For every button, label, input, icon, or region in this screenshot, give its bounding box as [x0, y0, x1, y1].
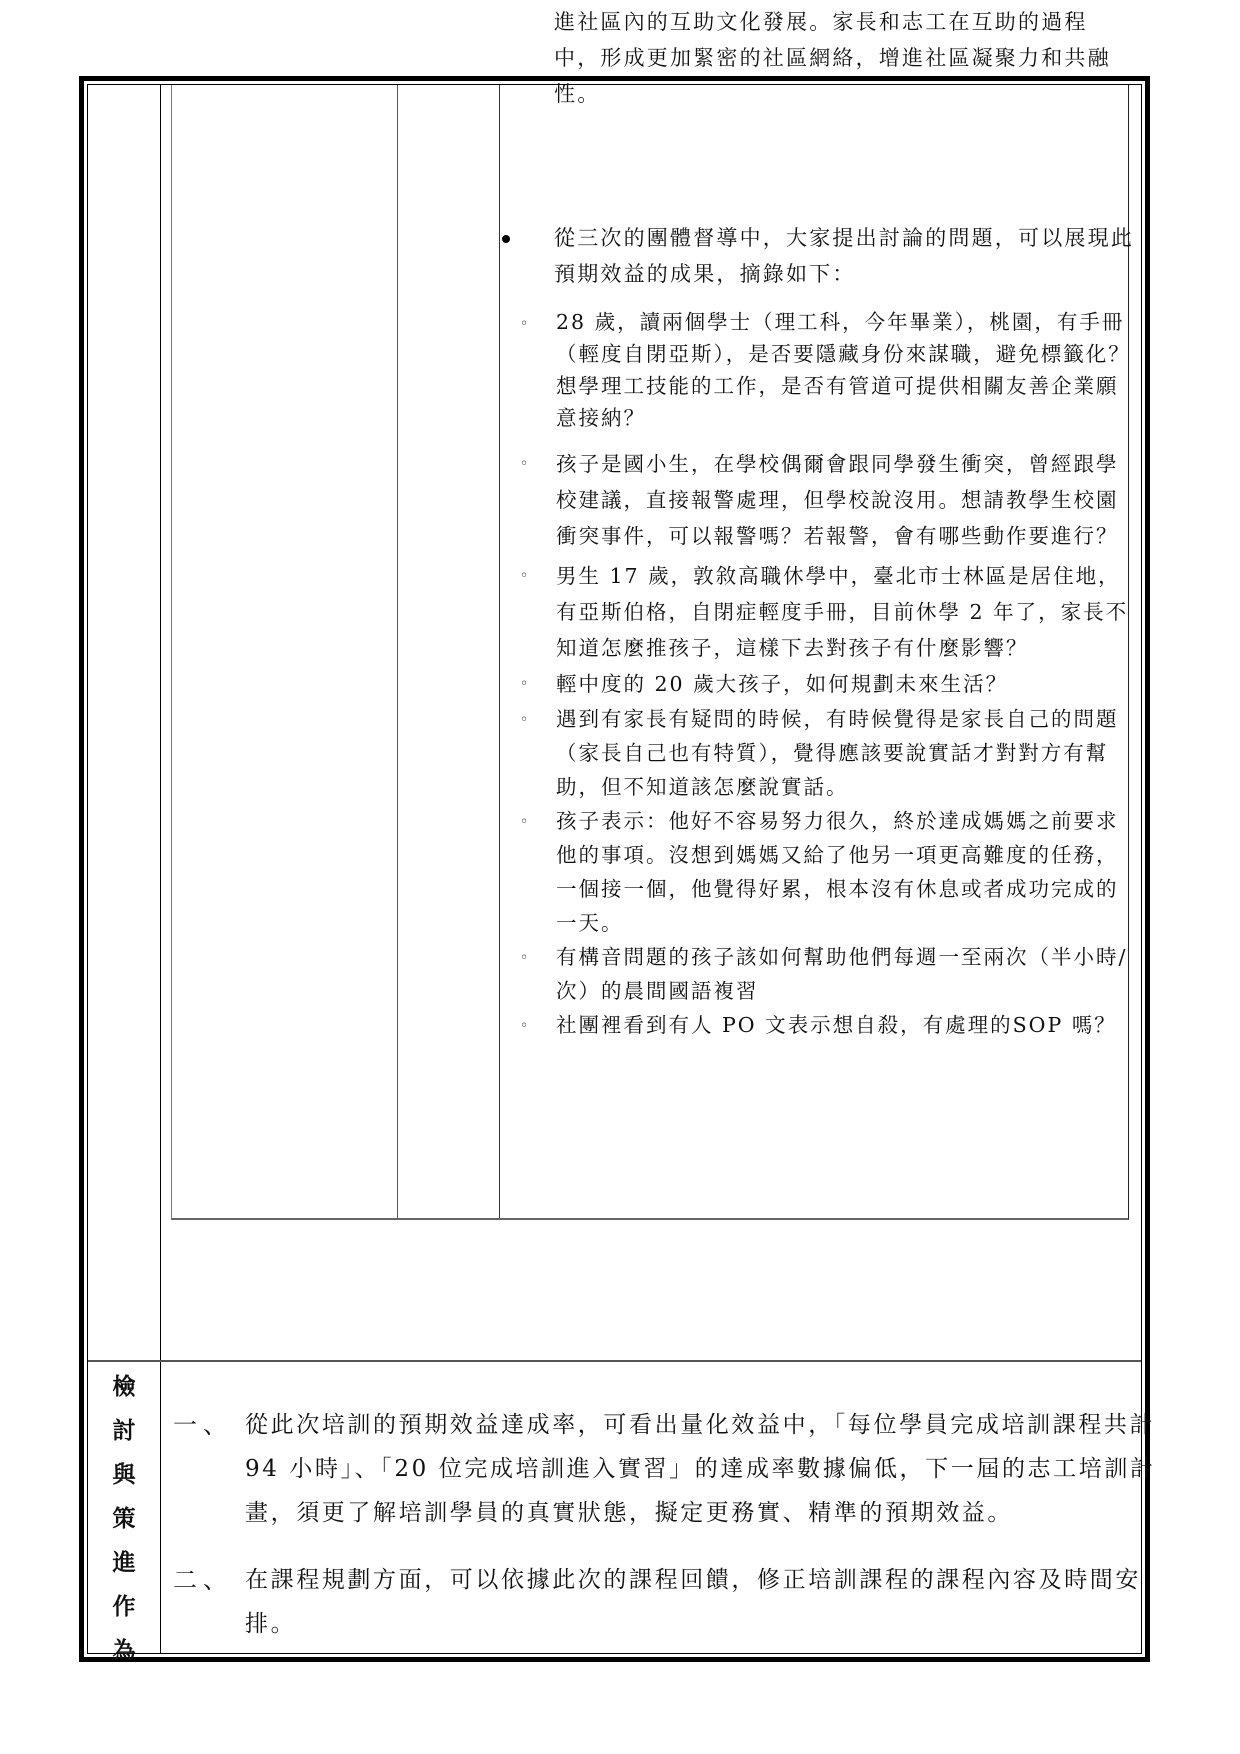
- circle-bullet-icon: ◦: [520, 804, 528, 840]
- label-char: 檢: [88, 1365, 160, 1409]
- list-item: ◦ 遇到有家長有疑問的時候，有時候覺得是家長自己的問題（家長自己也有特質），覺得…: [556, 702, 1131, 804]
- list-item-text: 有構音問題的孩子該如何幫助他們每週一至兩次（半小時/次）的晨間國語複習: [556, 940, 1131, 1008]
- circle-bullet-icon: ◦: [520, 446, 528, 482]
- circle-bullet-icon: ◦: [520, 306, 528, 342]
- list-item-text: 遇到有家長有疑問的時候，有時候覺得是家長自己的問題（家長自己也有特質），覺得應該…: [556, 702, 1131, 804]
- review-item: 一、 從此次培訓的預期效益達成率，可看出量化效益中，「每位學員完成培訓課程共計 …: [173, 1403, 1163, 1535]
- bullet-icon: [502, 235, 510, 243]
- continued-paragraph: 進社區內的互助文化發展。家長和志工在互助的過程中，形成更加緊密的社區網絡，增進社…: [554, 4, 1124, 112]
- list-item: ◦ 孩子是國小生，在學校偶爾會跟同學發生衝突，曾經跟學校建議，直接報警處理，但學…: [556, 446, 1131, 554]
- label-char: 策: [88, 1497, 160, 1541]
- list-item: ◦ 男生 17 歲，敦敘高職休學中，臺北市士林區是居住地，有亞斯伯格，自閉症輕度…: [556, 558, 1131, 666]
- list-item-text: 輕中度的 20 歲大孩子，如何規劃未來生活？: [556, 666, 1131, 702]
- list-item: ◦ 社團裡看到有人 PO 文表示想自殺，有處理的SOP 嗎？: [556, 1008, 1131, 1042]
- label-char: 為: [88, 1629, 160, 1673]
- list-item-text: 孩子是國小生，在學校偶爾會跟同學發生衝突，曾經跟學校建議，直接報警處理，但學校說…: [556, 446, 1131, 554]
- bullet-text: 從三次的團體督導中，大家提出討論的問題，可以展現此預期效益的成果，摘錄如下：: [554, 220, 1134, 292]
- review-item-text: 從此次培訓的預期效益達成率，可看出量化效益中，「每位學員完成培訓課程共計 94 …: [245, 1403, 1163, 1535]
- section-divider: [88, 1360, 1141, 1362]
- list-item: ◦ 28 歲，讀兩個學士（理工科，今年畢業），桃園，有手冊（輕度自閉亞斯），是否…: [556, 306, 1131, 434]
- circle-bullet-icon: ◦: [520, 940, 528, 976]
- list-item-text: 男生 17 歲，敦敘高職休學中，臺北市士林區是居住地，有亞斯伯格，自閉症輕度手冊…: [556, 558, 1131, 666]
- circle-bullet-icon: ◦: [520, 1008, 528, 1044]
- review-section-label: 檢 討 與 策 進 作 為: [88, 1365, 160, 1673]
- list-item: ◦ 輕中度的 20 歲大孩子，如何規劃未來生活？: [556, 666, 1131, 702]
- review-item-number: 二、: [173, 1558, 233, 1602]
- circle-bullet-icon: ◦: [520, 558, 528, 594]
- review-item-number: 一、: [173, 1403, 233, 1447]
- review-item: 二、 在課程規劃方面，可以依據此次的課程回饋，修正培訓課程的課程內容及時間安排。: [173, 1558, 1163, 1646]
- list-item-text: 28 歲，讀兩個學士（理工科，今年畢業），桃園，有手冊（輕度自閉亞斯），是否要隱…: [556, 306, 1131, 434]
- label-char: 與: [88, 1453, 160, 1497]
- list-item-text: 社團裡看到有人 PO 文表示想自殺，有處理的SOP 嗎？: [556, 1008, 1131, 1042]
- list-item: ◦ 有構音問題的孩子該如何幫助他們每週一至兩次（半小時/次）的晨間國語複習: [556, 940, 1131, 1008]
- circle-bullet-icon: ◦: [520, 666, 528, 702]
- bullet-item: 從三次的團體督導中，大家提出討論的問題，可以展現此預期效益的成果，摘錄如下：: [494, 220, 1134, 292]
- nested-column-divider-1: [397, 85, 398, 1218]
- label-char: 討: [88, 1409, 160, 1453]
- label-char: 作: [88, 1585, 160, 1629]
- left-column-divider: [160, 85, 161, 1653]
- discussion-questions-list: ◦ 28 歲，讀兩個學士（理工科，今年畢業），桃園，有手冊（輕度自閉亞斯），是否…: [556, 306, 1131, 1042]
- circle-bullet-icon: ◦: [520, 702, 528, 738]
- review-list: 一、 從此次培訓的預期效益達成率，可看出量化效益中，「每位學員完成培訓課程共計 …: [173, 1380, 1163, 1669]
- list-item: ◦ 孩子表示：他好不容易努力很久，終於達成媽媽之前要求他的事項。沒想到媽媽又給了…: [556, 804, 1131, 940]
- review-item-text: 在課程規劃方面，可以依據此次的課程回饋，修正培訓課程的課程內容及時間安排。: [245, 1558, 1163, 1646]
- list-item-text: 孩子表示：他好不容易努力很久，終於達成媽媽之前要求他的事項。沒想到媽媽又給了他另…: [556, 804, 1131, 940]
- label-char: 進: [88, 1541, 160, 1585]
